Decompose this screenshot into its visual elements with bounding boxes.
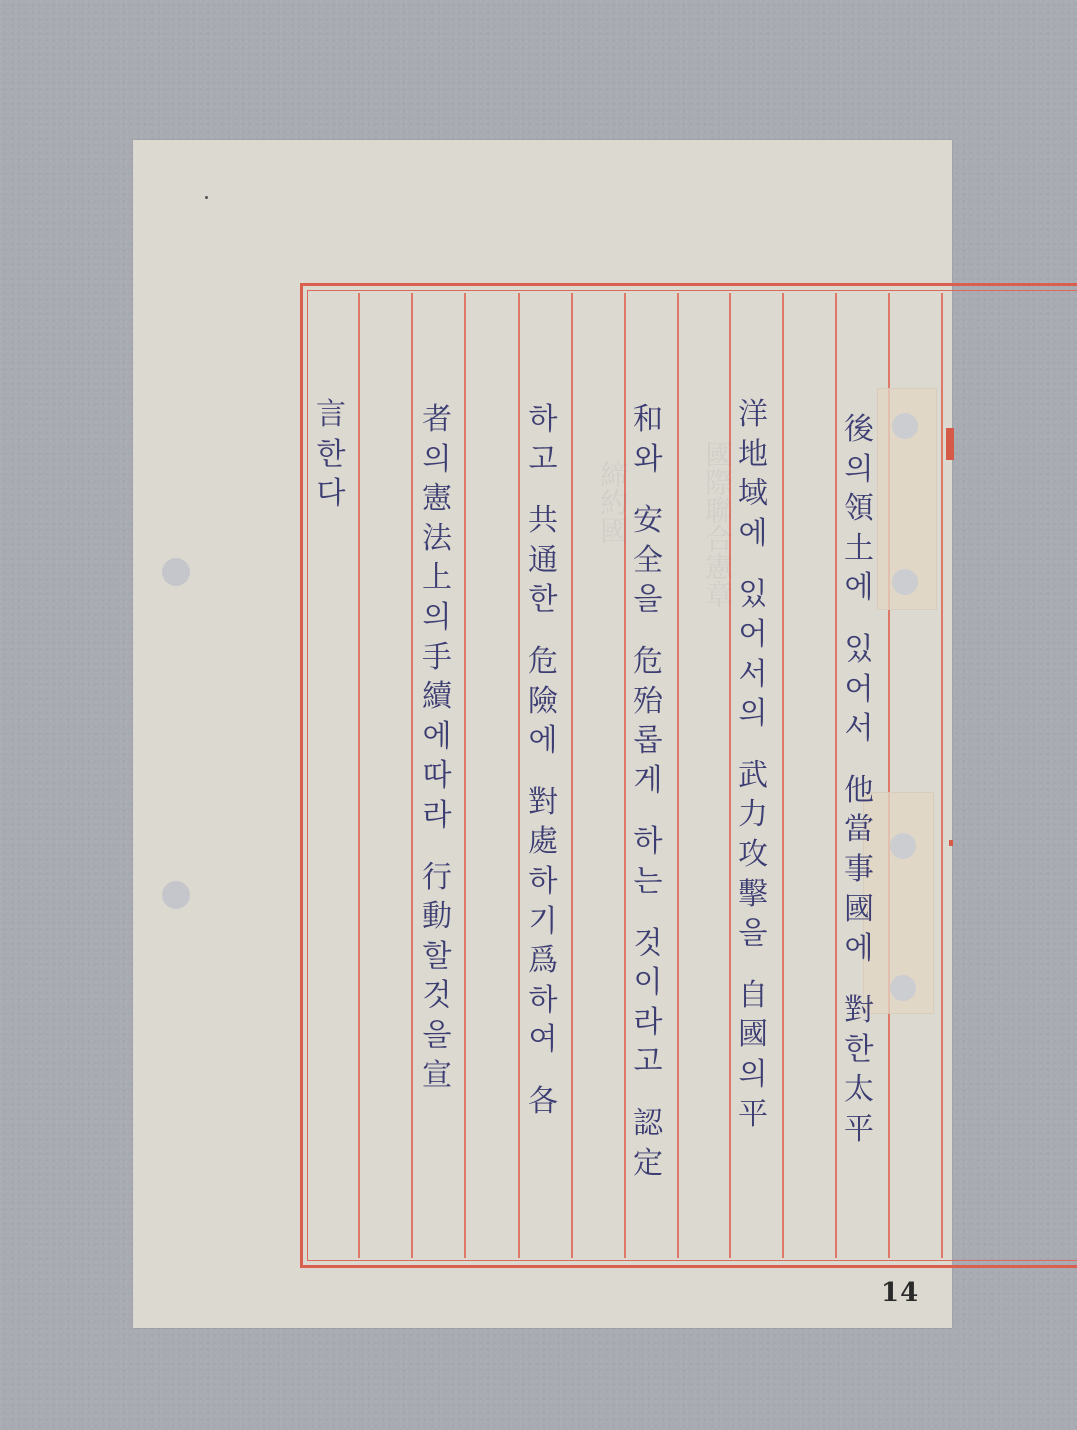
handwritten-char: 領 xyxy=(844,489,874,529)
text-column-1: 後의領土에있어서他當事國에對한太平 xyxy=(836,410,882,1149)
tape-hole xyxy=(890,833,916,859)
handwritten-char: 危 xyxy=(633,642,663,682)
tape-hole xyxy=(890,975,916,1001)
handwritten-char: 國 xyxy=(844,890,874,930)
handwritten-char: 險 xyxy=(528,682,558,722)
grid-line xyxy=(358,293,360,1258)
handwritten-char: 의 xyxy=(423,598,452,638)
handwritten-char: 서 xyxy=(739,655,768,695)
handwritten-char: 域 xyxy=(738,474,768,514)
handwritten-char: 다 xyxy=(317,474,346,514)
handwritten-char: 者 xyxy=(422,400,452,440)
handwritten-char: 따 xyxy=(423,756,452,796)
handwritten-char: 고 xyxy=(529,440,558,480)
handwritten-char: 各 xyxy=(528,1082,558,1122)
handwritten-char: 기 xyxy=(529,902,558,942)
handwritten-char: 에 xyxy=(845,568,874,608)
handwritten-char: 他 xyxy=(844,771,874,811)
handwritten-char: 의 xyxy=(423,440,452,480)
tape-hole xyxy=(892,569,918,595)
handwritten-char: 에 xyxy=(739,514,768,554)
handwritten-char: 한 xyxy=(845,1030,874,1070)
handwritten-char: 어 xyxy=(739,615,768,655)
grid-line xyxy=(464,293,466,1258)
handwritten-char: 하 xyxy=(529,400,558,440)
handwritten-char: 洋 xyxy=(738,395,768,435)
handwritten-char: 手 xyxy=(422,638,452,678)
handwritten-char: 하 xyxy=(529,862,558,902)
handwritten-char: 地 xyxy=(738,435,768,475)
grid-line xyxy=(941,293,943,1258)
punch-hole-top xyxy=(162,558,190,586)
handwritten-char: 것 xyxy=(423,976,452,1016)
handwritten-char: 것 xyxy=(634,924,663,964)
handwritten-char: 攻 xyxy=(738,835,768,875)
handwritten-char: 고 xyxy=(634,1042,663,1082)
handwritten-char: 의 xyxy=(739,1055,768,1095)
handwritten-char: 爲 xyxy=(528,941,558,981)
handwritten-char: 當 xyxy=(844,810,874,850)
handwritten-char: 行 xyxy=(422,858,452,898)
handwritten-char: 通 xyxy=(528,541,558,581)
page-number: 14 xyxy=(881,1278,919,1308)
handwritten-char: 어 xyxy=(845,670,874,710)
handwritten-char: 에 xyxy=(423,717,452,757)
handwritten-char: 있 xyxy=(739,575,768,615)
handwritten-char: 게 xyxy=(634,761,663,801)
handwritten-char: 하 xyxy=(529,981,558,1021)
ink-speck xyxy=(205,196,208,199)
handwritten-char: 의 xyxy=(845,450,874,490)
handwritten-char: 處 xyxy=(528,822,558,862)
handwritten-char: 自 xyxy=(738,976,768,1016)
handwritten-char: 對 xyxy=(844,991,874,1031)
handwritten-char: 롭 xyxy=(634,721,663,761)
handwritten-char: 力 xyxy=(738,795,768,835)
text-column-3: 和와安全을危殆롭게하는것이라고認定 xyxy=(625,400,671,1183)
handwritten-char: 여 xyxy=(529,1020,558,1060)
handwritten-char: 和 xyxy=(633,400,663,440)
handwritten-char: 認 xyxy=(633,1104,663,1144)
handwritten-char: 上 xyxy=(422,558,452,598)
text-column-6: 言한다 xyxy=(308,395,354,514)
grid-line xyxy=(782,293,784,1258)
handwritten-char: 安 xyxy=(633,501,663,541)
handwritten-char: 法 xyxy=(422,519,452,559)
handwritten-char: 平 xyxy=(738,1095,768,1135)
red-edge-mark xyxy=(949,840,953,846)
handwritten-char: 定 xyxy=(633,1144,663,1184)
handwritten-char: 서 xyxy=(845,709,874,749)
grid-line xyxy=(677,293,679,1258)
grid-line xyxy=(571,293,573,1258)
handwritten-char: 憲 xyxy=(422,479,452,519)
handwritten-char: 土 xyxy=(844,529,874,569)
grid-line xyxy=(411,293,413,1258)
handwritten-char: 全 xyxy=(633,541,663,581)
handwritten-char: 라 xyxy=(423,796,452,836)
handwritten-char: 는 xyxy=(634,862,663,902)
handwritten-char: 殆 xyxy=(633,682,663,722)
handwritten-char: 續 xyxy=(422,677,452,717)
text-column-4: 하고共通한危險에對處하기爲하여各 xyxy=(520,400,566,1122)
handwritten-char: 할 xyxy=(423,937,452,977)
tape-strip-top xyxy=(877,388,937,610)
text-column-2: 洋地域에있어서의武力攻擊을自國의平 xyxy=(730,395,776,1134)
handwritten-char: 와 xyxy=(634,440,663,480)
handwritten-char: 을 xyxy=(739,914,768,954)
handwritten-char: 平 xyxy=(844,1110,874,1150)
handwritten-char: 라 xyxy=(634,1003,663,1043)
handwritten-char: 한 xyxy=(317,435,346,475)
handwritten-char: 을 xyxy=(423,1016,452,1056)
tape-hole xyxy=(892,413,918,439)
handwritten-char: 動 xyxy=(422,897,452,937)
handwritten-char: 危 xyxy=(528,642,558,682)
text-column-5: 者의憲法上의手續에따라行動할것을宣 xyxy=(414,400,460,1095)
handwritten-char: 國 xyxy=(738,1015,768,1055)
handwritten-char: 武 xyxy=(738,756,768,796)
handwritten-char: 擊 xyxy=(738,875,768,915)
handwritten-char: 後 xyxy=(844,410,874,450)
handwritten-char: 事 xyxy=(844,850,874,890)
handwritten-char: 共 xyxy=(528,501,558,541)
handwritten-char: 한 xyxy=(529,580,558,620)
red-edge-mark xyxy=(946,428,954,460)
handwritten-char: 에 xyxy=(845,929,874,969)
handwritten-char: 을 xyxy=(634,580,663,620)
handwritten-char: 하 xyxy=(634,822,663,862)
handwritten-char: 에 xyxy=(529,721,558,761)
handwritten-char: 의 xyxy=(739,694,768,734)
handwritten-char: 言 xyxy=(316,395,346,435)
handwritten-char: 있 xyxy=(845,630,874,670)
handwritten-char: 宣 xyxy=(422,1056,452,1096)
punch-hole-bottom xyxy=(162,881,190,909)
handwritten-char: 이 xyxy=(634,963,663,1003)
handwritten-char: 太 xyxy=(844,1070,874,1110)
handwritten-char: 對 xyxy=(528,783,558,823)
